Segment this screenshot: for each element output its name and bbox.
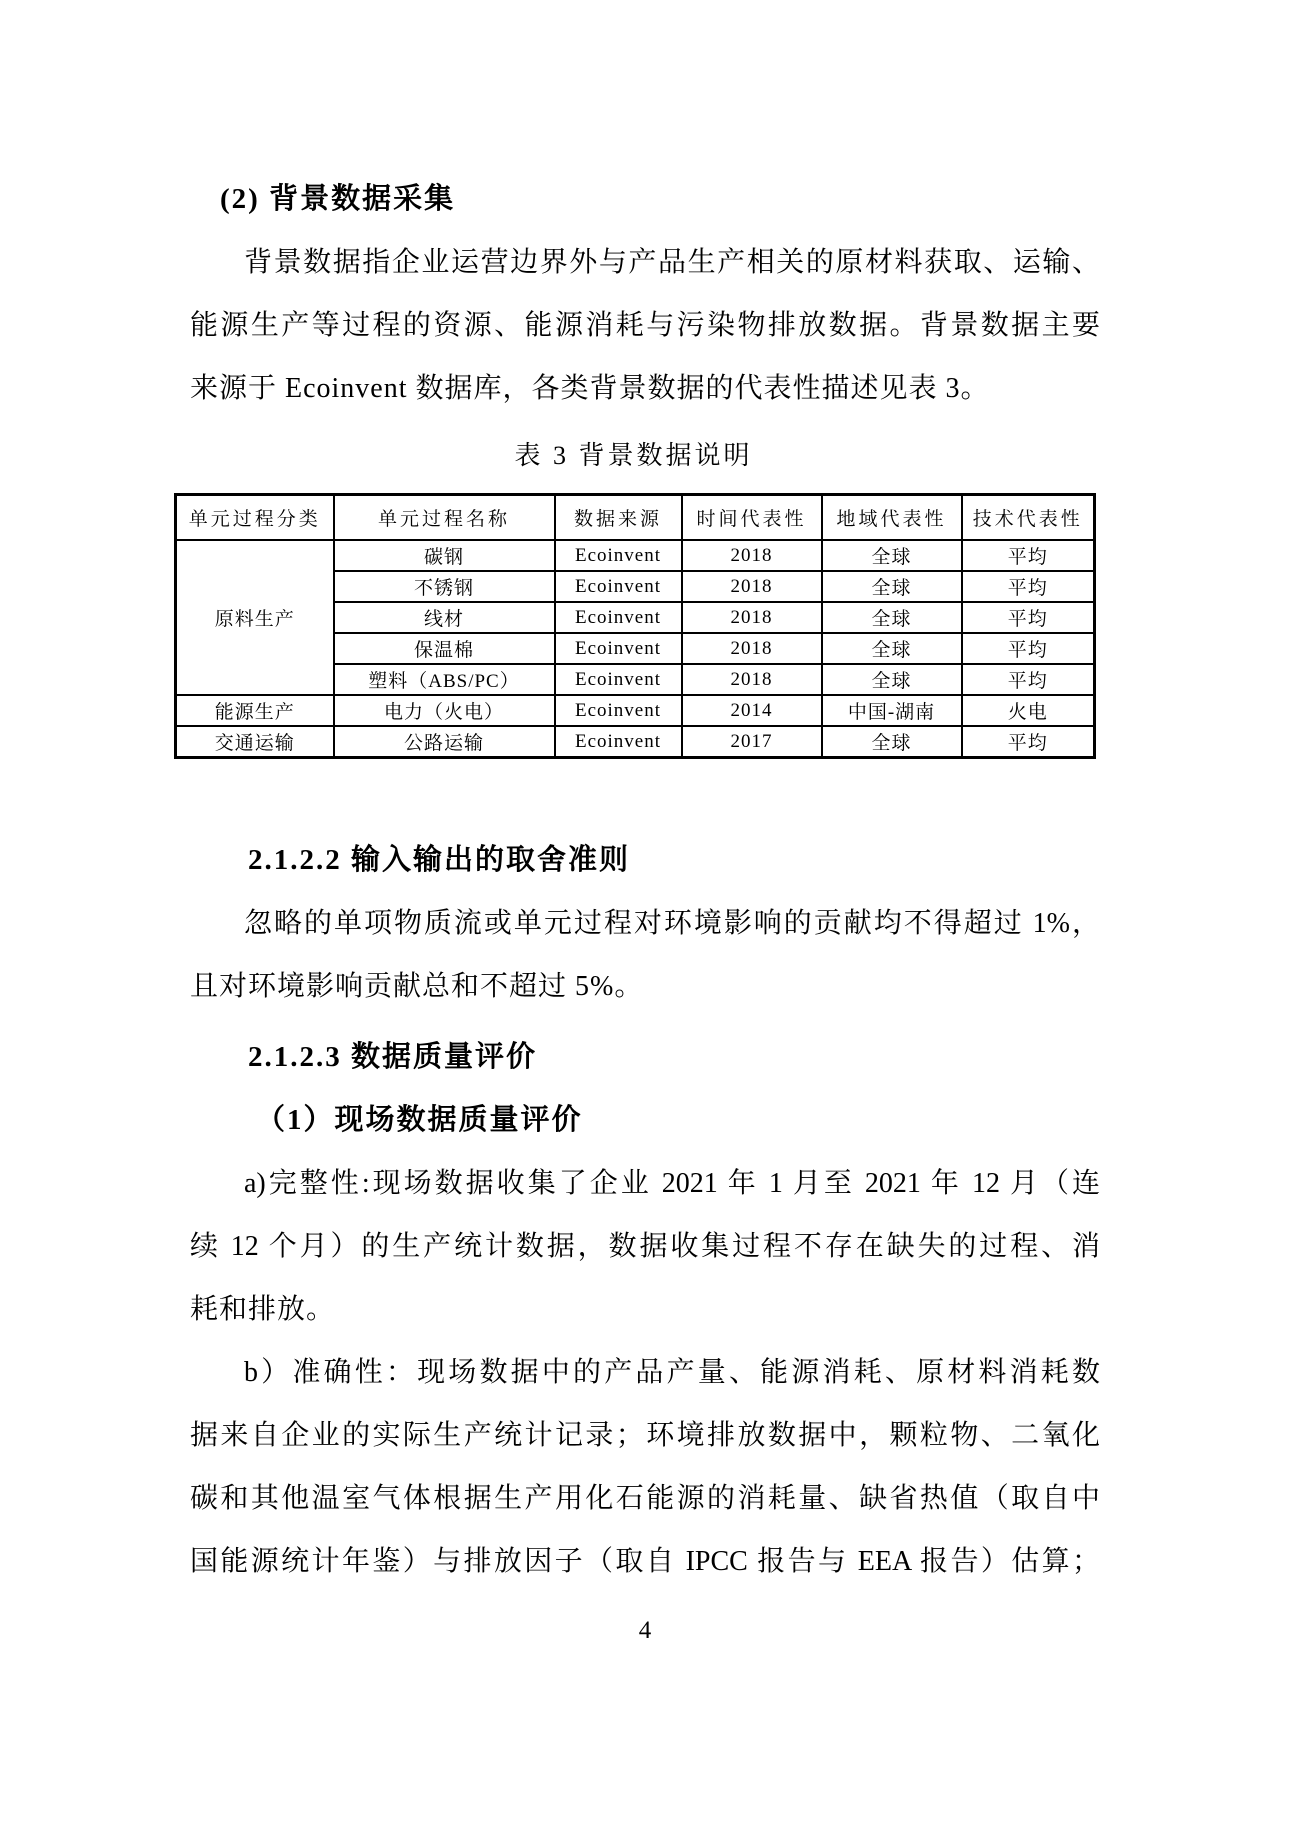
column-header-tech-representativeness: 技术代表性 — [962, 495, 1095, 541]
table-cell: 2018 — [682, 571, 822, 602]
text-line: 能源生产等过程的资源、能源消耗与污染物排放数据。背景数据主要 — [190, 294, 1100, 357]
table-cell: 全球 — [822, 726, 962, 758]
table-cell: Ecoinvent — [555, 633, 682, 664]
table-cell: 塑料（ABS/PC） — [334, 664, 555, 695]
text-line: 耗和排放。 — [190, 1278, 1100, 1341]
table-cell: 平均 — [962, 726, 1095, 758]
table-cell: 全球 — [822, 633, 962, 664]
text-line: 背景数据指企业运营边界外与产品生产相关的原材料获取、运输、 — [190, 231, 1100, 294]
table-cell: Ecoinvent — [555, 726, 682, 758]
table-cell: 线材 — [334, 602, 555, 633]
table-category-cell: 能源生产 — [176, 695, 334, 726]
table-cell: 全球 — [822, 571, 962, 602]
table-cell: 中国-湖南 — [822, 695, 962, 726]
column-header-unit-process-category: 单元过程分类 — [176, 495, 334, 541]
column-header-data-source: 数据来源 — [555, 495, 682, 541]
table-cell: 2018 — [682, 633, 822, 664]
table-caption: 表 3 背景数据说明 — [174, 424, 1093, 487]
table-cell: 2018 — [682, 664, 822, 695]
page-number: 4 — [190, 1599, 1100, 1662]
column-header-unit-process-name: 单元过程名称 — [334, 495, 555, 541]
table-header-row: 单元过程分类 单元过程名称 数据来源 时间代表性 地域代表性 技术代表性 — [176, 495, 1095, 541]
section-heading-site-data-quality: （1）现场数据质量评价 — [190, 1089, 1100, 1152]
table-category-cell: 原料生产 — [176, 540, 334, 695]
text-line: 据来自企业的实际生产统计记录；环境排放数据中，颗粒物、二氧化 — [190, 1404, 1100, 1467]
table-cell: Ecoinvent — [555, 695, 682, 726]
text-line: 且对环境影响贡献总和不超过 5%。 — [190, 955, 1100, 1018]
table-cell: 平均 — [962, 602, 1095, 633]
paragraph-background-data: 背景数据指企业运营边界外与产品生产相关的原材料获取、运输、 能源生产等过程的资源… — [190, 231, 1100, 420]
table-row: 能源生产 电力（火电） Ecoinvent 2014 中国-湖南 火电 — [176, 695, 1095, 726]
table-cell: 保温棉 — [334, 633, 555, 664]
table-category-cell: 交通运输 — [176, 726, 334, 758]
table-cell: 2014 — [682, 695, 822, 726]
table-cell: 不锈钢 — [334, 571, 555, 602]
text-line: 来源于 Ecoinvent 数据库，各类背景数据的代表性描述见表 3。 — [190, 357, 1100, 420]
table-cell: 火电 — [962, 695, 1095, 726]
table-cell: Ecoinvent — [555, 571, 682, 602]
text-line: 续 12 个月）的生产统计数据，数据收集过程不存在缺失的过程、消 — [190, 1215, 1100, 1278]
table-cell: Ecoinvent — [555, 602, 682, 633]
column-header-geo-representativeness: 地域代表性 — [822, 495, 962, 541]
column-header-time-representativeness: 时间代表性 — [682, 495, 822, 541]
table-cell: 碳钢 — [334, 540, 555, 571]
table-cell: 全球 — [822, 664, 962, 695]
table-cell: 电力（火电） — [334, 695, 555, 726]
paragraph-cutoff-rule: 忽略的单项物质流或单元过程对环境影响的贡献均不得超过 1%， 且对环境影响贡献总… — [190, 892, 1100, 1018]
table-cell: 2018 — [682, 602, 822, 633]
table-row: 交通运输 公路运输 Ecoinvent 2017 全球 平均 — [176, 726, 1095, 758]
table-cell: 全球 — [822, 602, 962, 633]
table-row: 原料生产 碳钢 Ecoinvent 2018 全球 平均 — [176, 540, 1095, 571]
paragraph-completeness: a)完整性:现场数据收集了企业 2021 年 1 月至 2021 年 12 月（… — [190, 1152, 1100, 1341]
table-cell: 2018 — [682, 540, 822, 571]
text-line: 忽略的单项物质流或单元过程对环境影响的贡献均不得超过 1%， — [190, 892, 1100, 955]
paragraph-accuracy: b）准确性：现场数据中的产品产量、能源消耗、原材料消耗数 据来自企业的实际生产统… — [190, 1341, 1100, 1593]
text-line: b）准确性：现场数据中的产品产量、能源消耗、原材料消耗数 — [190, 1341, 1100, 1404]
table-cell: 2017 — [682, 726, 822, 758]
text-line: 碳和其他温室气体根据生产用化石能源的消耗量、缺省热值（取自中 — [190, 1467, 1100, 1530]
table-cell: Ecoinvent — [555, 540, 682, 571]
table-cell: Ecoinvent — [555, 664, 682, 695]
table-cell: 平均 — [962, 633, 1095, 664]
table-cell: 平均 — [962, 664, 1095, 695]
section-heading-background-data-collection: (2) 背景数据采集 — [190, 168, 1100, 231]
text-line: 国能源统计年鉴）与排放因子（取自 IPCC 报告与 EEA 报告）估算； — [190, 1530, 1100, 1593]
table-cell: 公路运输 — [334, 726, 555, 758]
table-cell: 全球 — [822, 540, 962, 571]
document-page: (2) 背景数据采集 背景数据指企业运营边界外与产品生产相关的原材料获取、运输、… — [0, 0, 1290, 1825]
background-data-table: 单元过程分类 单元过程名称 数据来源 时间代表性 地域代表性 技术代表性 原料生… — [174, 493, 1096, 759]
section-heading-cutoff-criteria: 2.1.2.2 输入输出的取舍准则 — [190, 829, 1100, 892]
text-line: a)完整性:现场数据收集了企业 2021 年 1 月至 2021 年 12 月（… — [190, 1152, 1100, 1215]
table-cell: 平均 — [962, 540, 1095, 571]
section-heading-data-quality-evaluation: 2.1.2.3 数据质量评价 — [190, 1026, 1100, 1089]
table-cell: 平均 — [962, 571, 1095, 602]
